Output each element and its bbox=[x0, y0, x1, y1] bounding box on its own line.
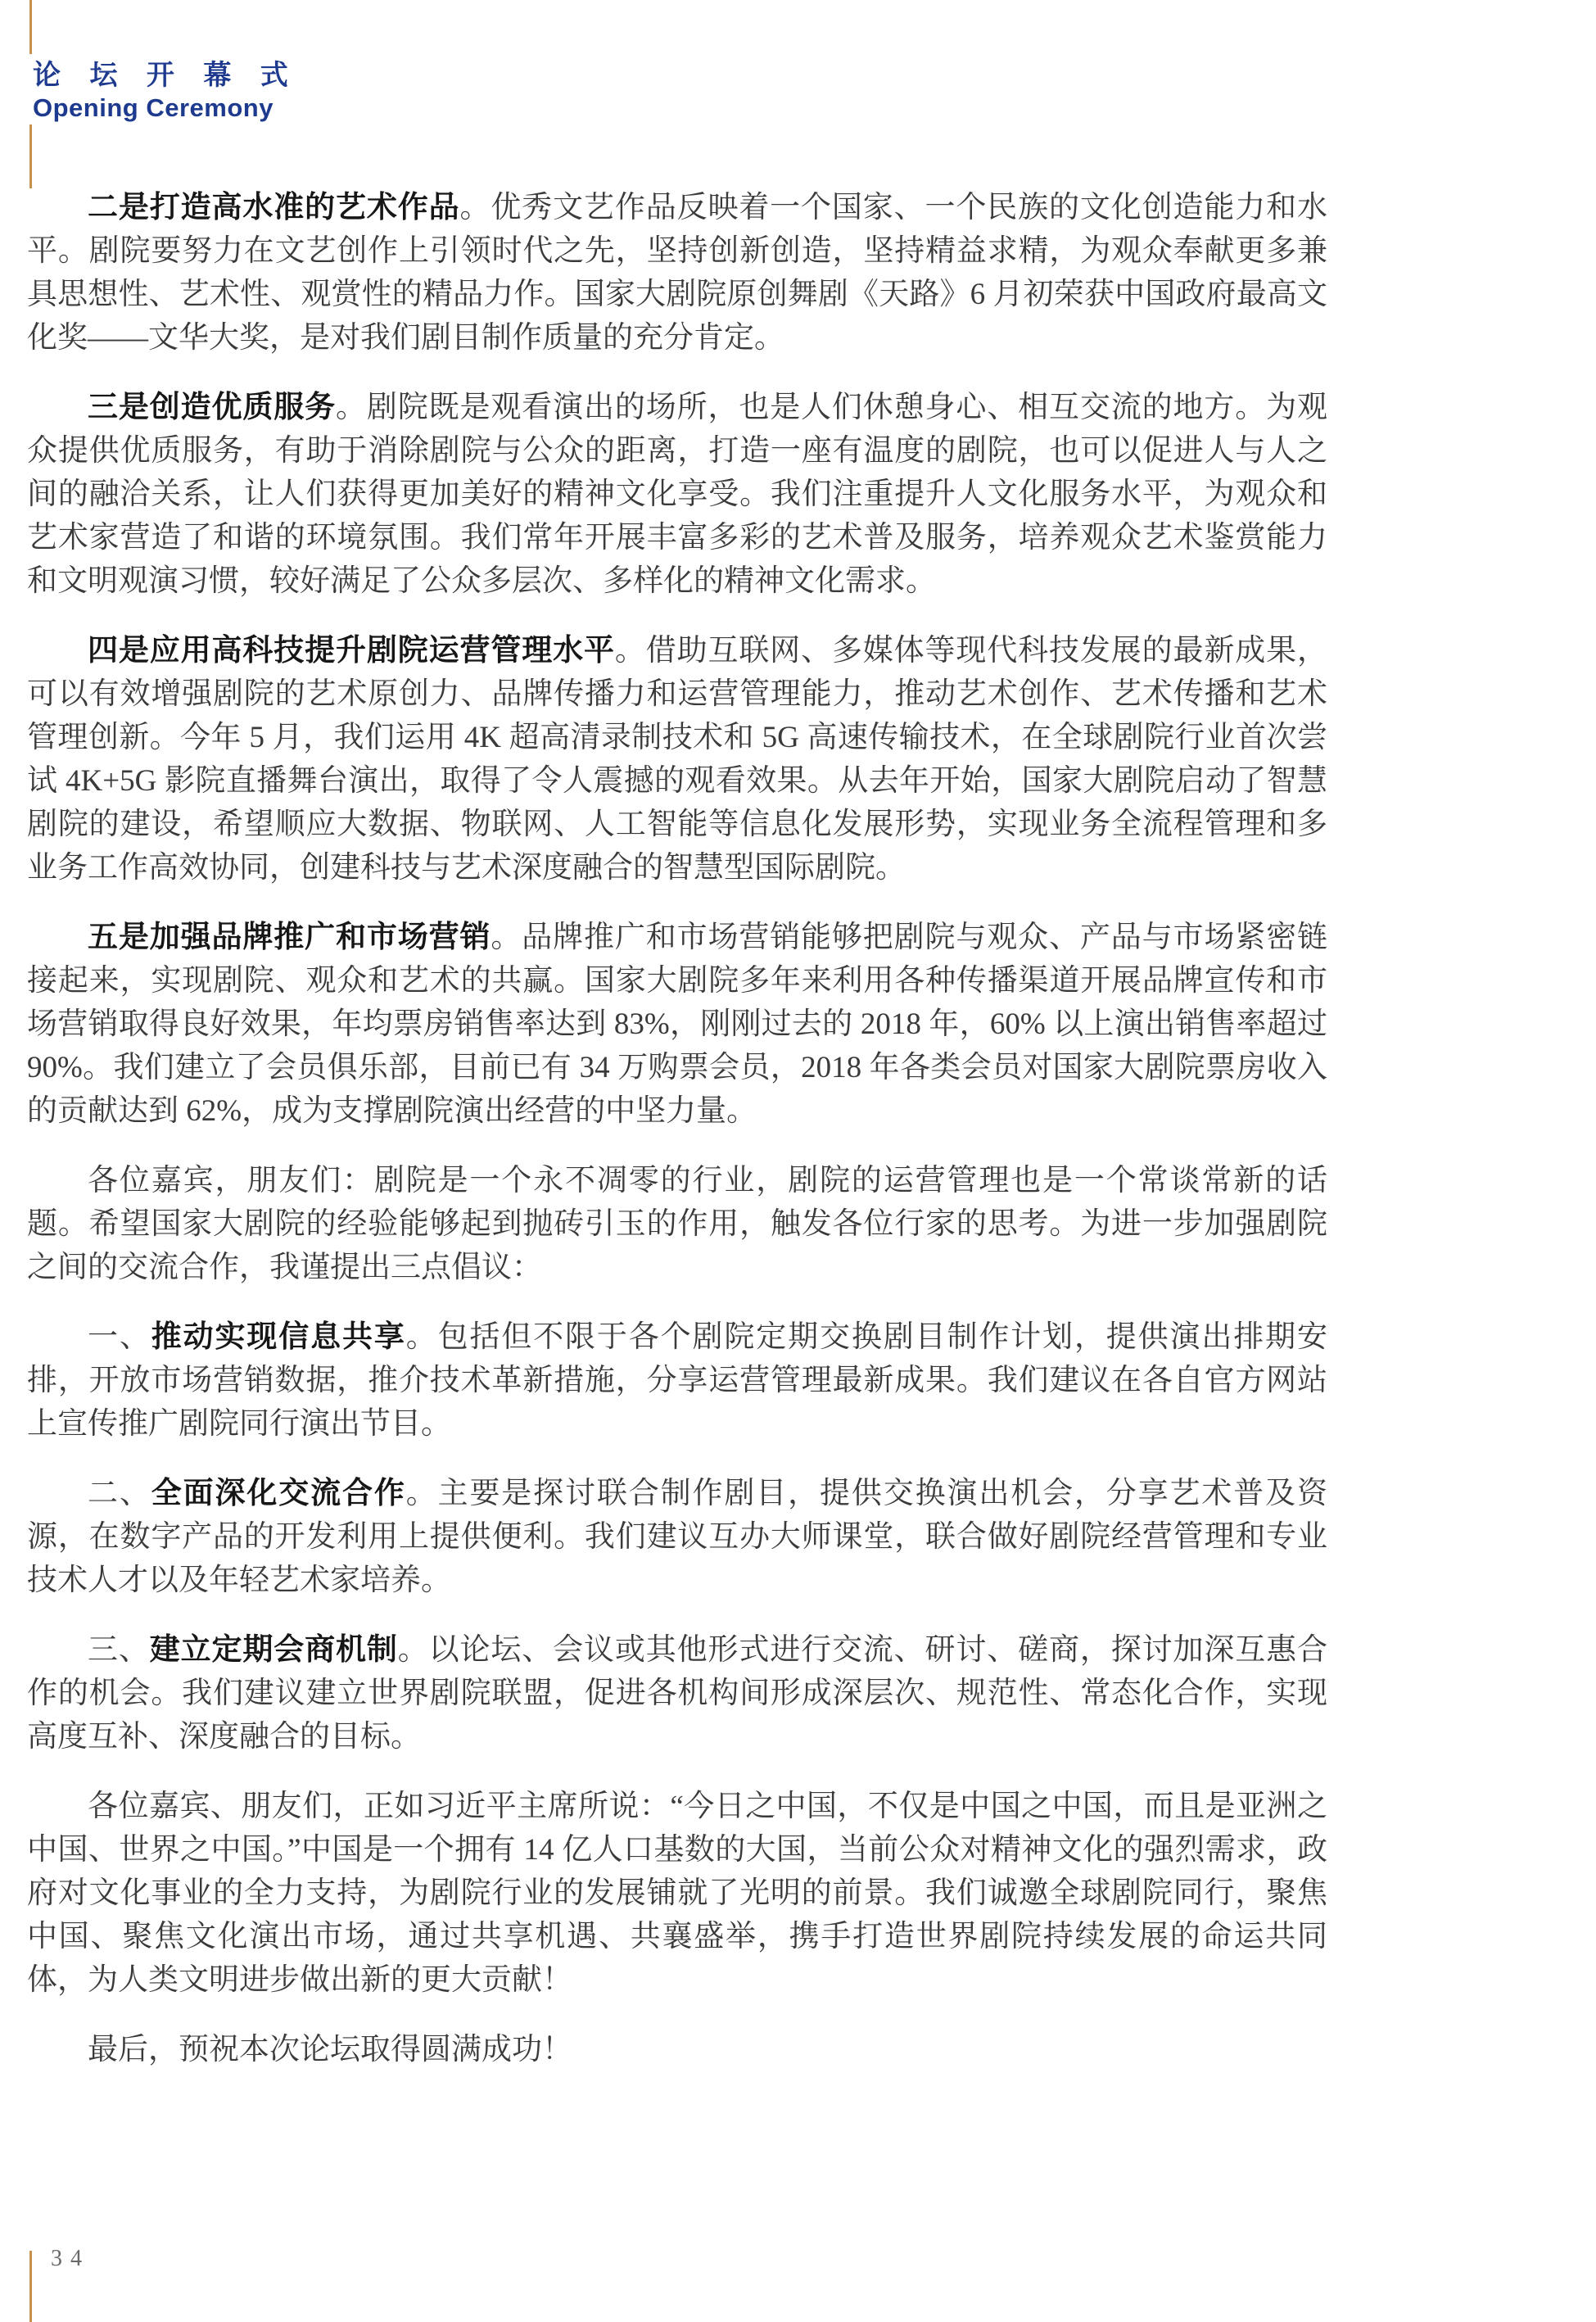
paragraph-lead: 四是应用高科技提升剧院运营管理水平 bbox=[88, 633, 615, 667]
paragraph: 三是创造优质服务。剧院既是观看演出的场所，也是人们休憩身心、相互交流的地方。为观… bbox=[27, 385, 1327, 603]
paragraph-text: 各位嘉宾，朋友们：剧院是一个永不凋零的行业，剧院的运营管理也是一个常谈常新的话题… bbox=[27, 1164, 1327, 1284]
paragraph-lead: 推动实现信息共享 bbox=[151, 1319, 406, 1353]
paragraph-prefix: 三、 bbox=[88, 1633, 150, 1667]
header-accent-line-top bbox=[29, 0, 32, 54]
footer-accent-line bbox=[29, 2251, 32, 2322]
paragraph-lead: 二是打造高水准的艺术作品 bbox=[88, 190, 459, 224]
paragraph: 二是打造高水准的艺术作品。优秀文艺作品反映着一个国家、一个民族的文化创造能力和水… bbox=[27, 185, 1327, 360]
paragraph: 四是应用高科技提升剧院运营管理水平。借助互联网、多媒体等现代科技发展的最新成果，… bbox=[27, 628, 1327, 889]
paragraph-lead: 三是创造优质服务 bbox=[88, 390, 336, 423]
paragraph-lead: 全面深化交流合作 bbox=[151, 1476, 406, 1510]
section-title-en: Opening Ceremony bbox=[33, 92, 299, 124]
paragraph: 三、建立定期会商机制。以论坛、会议或其他形式进行交流、研讨、磋商，探讨加深互惠合… bbox=[27, 1627, 1327, 1758]
page-number: 34 bbox=[51, 2246, 90, 2272]
paragraph: 各位嘉宾，朋友们：剧院是一个永不凋零的行业，剧院的运营管理也是一个常谈常新的话题… bbox=[27, 1158, 1327, 1289]
document-page: 论 坛 开 幕 式 Opening Ceremony 二是打造高水准的艺术作品。… bbox=[0, 0, 1596, 2322]
paragraph-text: 。借助互联网、多媒体等现代科技发展的最新成果，可以有效增强剧院的艺术原创力、品牌… bbox=[27, 634, 1327, 885]
paragraph-prefix: 一、 bbox=[88, 1320, 151, 1354]
paragraph: 一、推动实现信息共享。包括但不限于各个剧院定期交换剧目制作计划，提供演出排期安排… bbox=[27, 1315, 1327, 1446]
header-accent-line-bottom bbox=[29, 124, 32, 188]
paragraph: 最后，预祝本次论坛取得圆满成功！ bbox=[27, 2027, 1327, 2071]
paragraph-prefix: 二、 bbox=[88, 1477, 151, 1510]
paragraph: 各位嘉宾、朋友们，正如习近平主席所说：“今日之中国，不仅是中国之中国，而且是亚洲… bbox=[27, 1784, 1327, 2002]
paragraph-lead: 五是加强品牌推广和市场营销 bbox=[88, 920, 491, 953]
paragraph: 五是加强品牌推广和市场营销。品牌推广和市场营销能够把剧院与观众、产品与市场紧密链… bbox=[27, 915, 1327, 1133]
paragraph-text: 最后，预祝本次论坛取得圆满成功！ bbox=[88, 2033, 572, 2066]
speech-body: 二是打造高水准的艺术作品。优秀文艺作品反映着一个国家、一个民族的文化创造能力和水… bbox=[27, 185, 1327, 2097]
paragraph: 二、全面深化交流合作。主要是探讨联合制作剧目，提供交换演出机会，分享艺术普及资源… bbox=[27, 1471, 1327, 1602]
paragraph-text: 各位嘉宾、朋友们，正如习近平主席所说：“今日之中国，不仅是中国之中国，而且是亚洲… bbox=[27, 1790, 1327, 1997]
paragraph-lead: 建立定期会商机制 bbox=[150, 1632, 398, 1666]
section-header: 论 坛 开 幕 式 Opening Ceremony bbox=[33, 59, 299, 124]
section-title-zh: 论 坛 开 幕 式 bbox=[33, 59, 299, 92]
